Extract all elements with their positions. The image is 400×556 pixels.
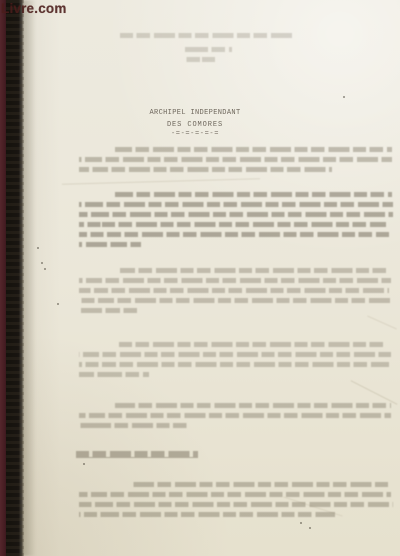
- title-line-2: DES COMORES: [55, 121, 335, 129]
- ink-speck: [57, 303, 59, 305]
- ink-speck: [300, 522, 302, 524]
- livre-com-watermark: Livre.com: [1, 1, 67, 16]
- faded-text-line: [132, 482, 390, 487]
- ink-speck: [37, 247, 39, 249]
- faded-typewritten-body: [0, 0, 400, 556]
- scanned-book-page-photo: ARCHIPEL INDEPENDANT DES COMORES -=-=-=-…: [0, 0, 400, 556]
- ink-speck: [44, 268, 46, 270]
- ink-speck: [309, 527, 311, 529]
- title-line-1: ARCHIPEL INDEPENDANT: [55, 109, 335, 117]
- paragraph-6: [0, 0, 400, 556]
- ink-speck: [83, 463, 85, 465]
- ink-speck: [343, 96, 345, 98]
- faded-text-line: [79, 512, 335, 517]
- ink-speck: [41, 262, 43, 264]
- faded-text-line: [79, 502, 393, 507]
- document-title-block: ARCHIPEL INDEPENDANT DES COMORES -=-=-=-…: [55, 109, 335, 138]
- title-separator-dashes: -=-=-=-=-=: [55, 131, 335, 138]
- faded-text-line: [79, 492, 391, 497]
